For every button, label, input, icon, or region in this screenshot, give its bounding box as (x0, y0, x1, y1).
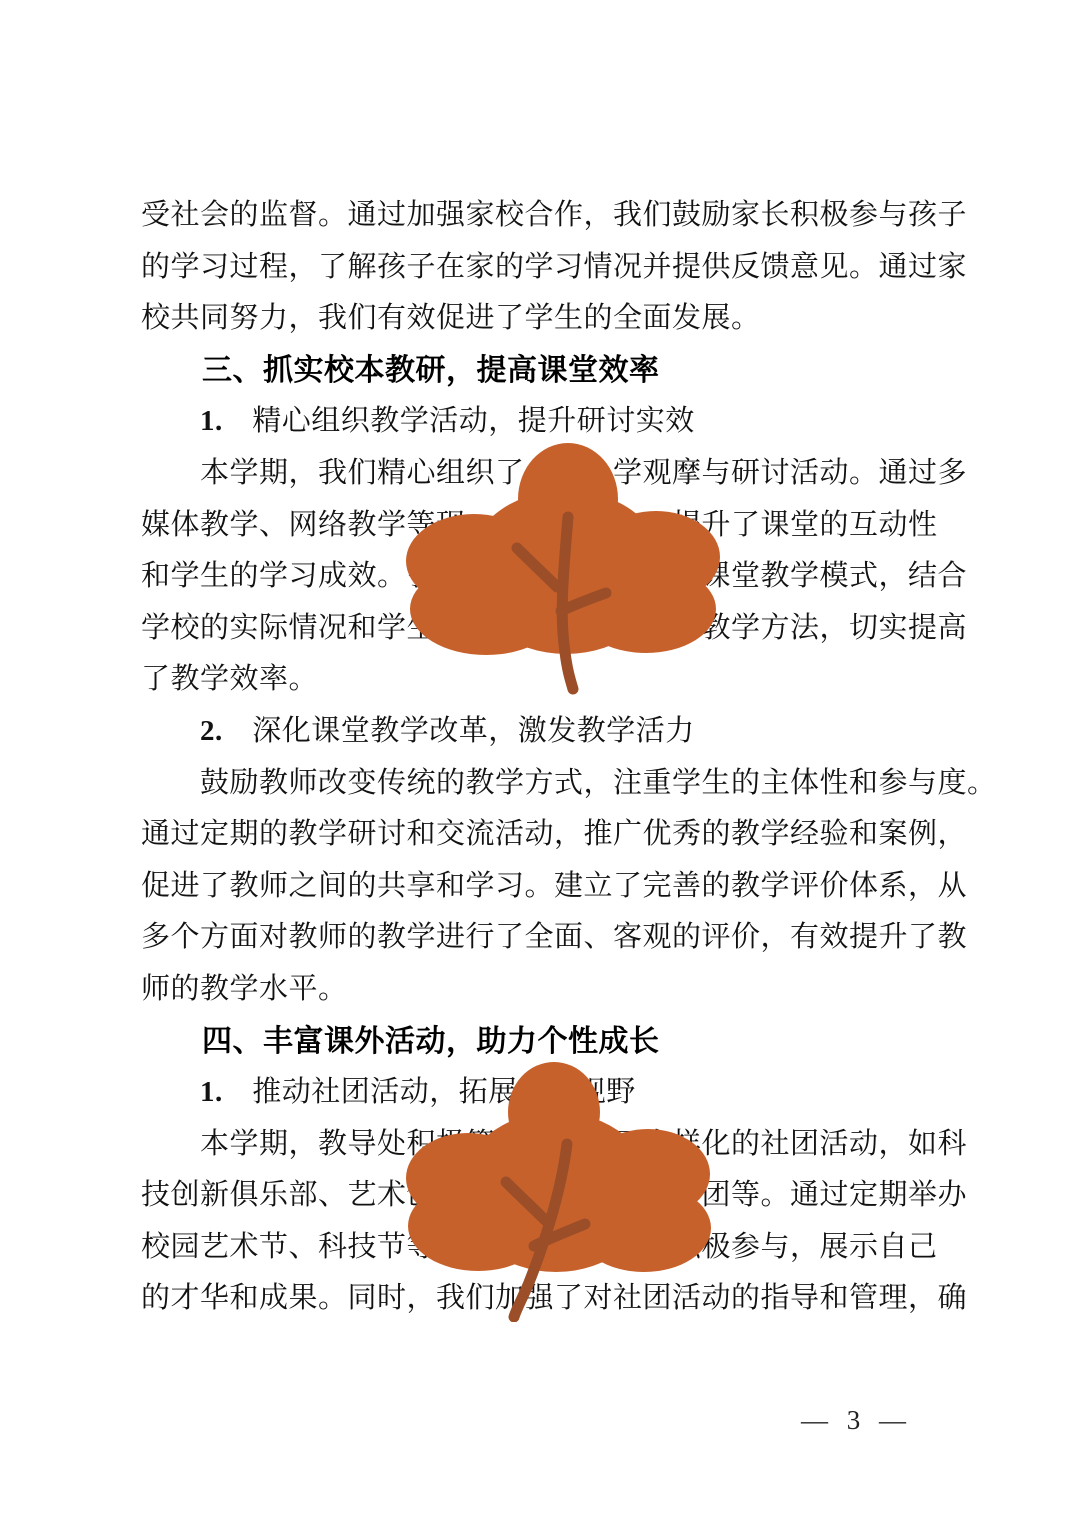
text-line: 媒体教学、网络教学等现 提升了课堂的互动性 (141, 500, 1021, 552)
page-number: — 3 — (801, 1405, 912, 1436)
text-line: 本学期，教导处积极策划并 了多样化的社团活动，如科 (141, 1119, 1021, 1171)
document-page: 受社会的监督。通过加强家校合作，我们鼓励家长积极参与孩子的学习过程，了解孩子在家… (0, 0, 1080, 1527)
document-body: 受社会的监督。通过加强家校合作，我们鼓励家长积极参与孩子的学习过程，了解孩子在家… (141, 190, 1021, 1325)
text-line: 校园艺术节、科技节等 积极参与，展示自己 (141, 1222, 1021, 1274)
text-line: 学校的实际情况和学生 教学方法，切实提高 (141, 603, 1021, 655)
text-line: 通过定期的教学研讨和交流活动，推广优秀的教学经验和案例， (141, 809, 1021, 861)
text-line: 1. 精心组织教学活动，提升研讨实效 (141, 396, 1021, 448)
text-line: 促进了教师之间的共享和学习。建立了完善的教学评价体系，从 (141, 861, 1021, 913)
text-line: 鼓励教师改变传统的教学方式，注重学生的主体性和参与度。 (141, 758, 1021, 810)
text-line: 了教学效率。 (141, 654, 1021, 706)
section-heading: 三、抓实校本教研，提高课堂效率 (141, 345, 1021, 397)
text-line: 和学生的学习成效。引导教 高效课堂教学模式，结合 (141, 551, 1021, 603)
text-line: 本学期，我们精心组织了多 学观摩与研讨活动。通过多 (141, 448, 1021, 500)
text-line: 受社会的监督。通过加强家校合作，我们鼓励家长积极参与孩子 (141, 190, 1021, 242)
text-line: 师的教学水平。 (141, 964, 1021, 1016)
text-line: 的学习过程，了解孩子在家的学习情况并提供反馈意见。通过家 (141, 242, 1021, 294)
text-line: 校共同努力，我们有效促进了学生的全面发展。 (141, 293, 1021, 345)
text-line: 2. 深化课堂教学改革，激发教学活力 (141, 706, 1021, 758)
text-line: 技创新俱乐部、艺术创作 社团等。通过定期举办 (141, 1170, 1021, 1222)
text-line: 多个方面对教师的教学进行了全面、客观的评价，有效提升了教 (141, 912, 1021, 964)
text-line: 1. 推动社团活动，拓展学 视野 (141, 1067, 1021, 1119)
section-heading: 四、丰富课外活动，助力个性成长 (141, 1016, 1021, 1068)
text-line: 的才华和成果。同时，我们加强了对社团活动的指导和管理，确 (141, 1273, 1021, 1325)
